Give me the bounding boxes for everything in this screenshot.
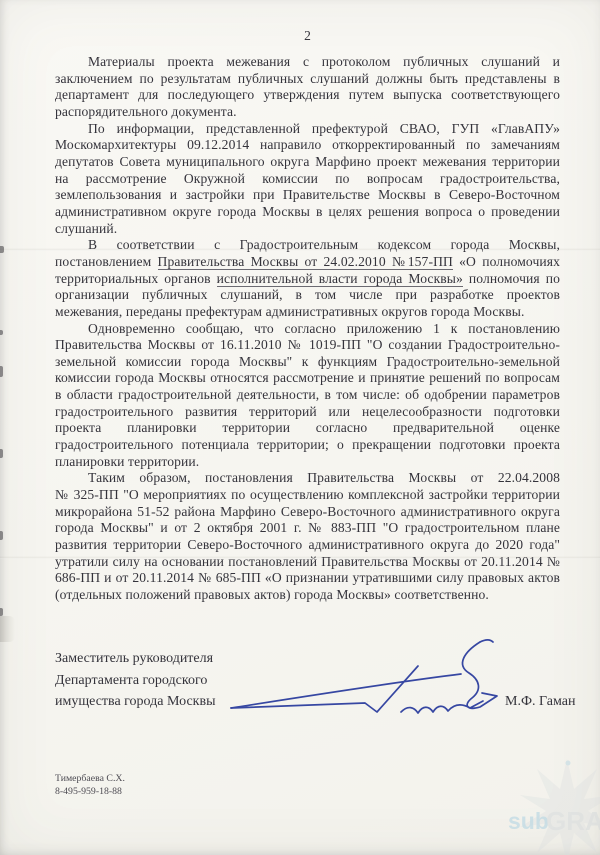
text-line: № 325-ПП "О мероприятиях по осуществлени… bbox=[55, 487, 560, 504]
scan-edge-mark bbox=[0, 246, 4, 253]
text-line: проекта планировки территории согласно п… bbox=[55, 420, 560, 437]
executor-name: Тимербаева С.Х. bbox=[55, 773, 125, 786]
text-line: слушаний. bbox=[55, 221, 560, 238]
executor-phone: 8-495-959-18-88 bbox=[55, 786, 125, 799]
text-line: заключением по результатам публичных слу… bbox=[55, 71, 560, 88]
text-line: микрорайона 51-52 района Марфино Северо-… bbox=[55, 504, 560, 521]
text-line: депутатов Совета муниципального округа М… bbox=[55, 154, 560, 171]
scan-edge-mark bbox=[0, 608, 3, 616]
text-line: в области градостроительной деятельности… bbox=[55, 387, 560, 404]
text-line: Правительства Москвы от 16.11.2010 № 101… bbox=[55, 337, 560, 354]
text-line: 686-ПП и от 20.11.2014 № 685-ПП «О призн… bbox=[55, 570, 560, 587]
watermark-text-part1: sub bbox=[508, 808, 549, 834]
text-line: В соответствии с Градостроительным кодек… bbox=[55, 237, 560, 254]
text-line: комиссии города Москвы относятся рассмот… bbox=[55, 370, 560, 387]
scan-edge-mark bbox=[0, 366, 3, 377]
watermark-text-part2: GRAB bbox=[546, 806, 600, 836]
text-line: землепользования и застройки при Правите… bbox=[55, 187, 560, 204]
text-line: постановлением Правительства Москвы от 2… bbox=[55, 254, 560, 271]
signatory-name: М.Ф. Гаман bbox=[505, 694, 575, 710]
text-line: департамент для последующего утверждения… bbox=[55, 87, 560, 104]
text-line: планировки территории. bbox=[55, 454, 560, 471]
watermark-logo: sub GRAB bbox=[494, 751, 600, 855]
text-line: По информации, представленной префектуро… bbox=[55, 121, 560, 138]
scan-edge-mark bbox=[0, 330, 3, 335]
text-line: межевания, переданы префектурам админист… bbox=[55, 304, 560, 321]
page-number: 2 bbox=[55, 28, 560, 44]
text-line: Одновременно сообщаю, что согласно прило… bbox=[55, 321, 560, 338]
text-line: территориальных органов исполнительной в… bbox=[55, 271, 560, 288]
text-line: распорядительного документа. bbox=[55, 104, 560, 121]
text-line: земельной комиссии города Москвы" к функ… bbox=[55, 354, 560, 371]
scan-edge-mark bbox=[0, 449, 3, 458]
text-line: Москомархитектуры 09.12.2014 направило о… bbox=[55, 137, 560, 154]
footer-contact: Тимербаева С.Х. 8-495-959-18-88 bbox=[55, 773, 125, 798]
text-line: градостроительного развития территорий и… bbox=[55, 404, 560, 421]
text-line: административном округе города Москвы в … bbox=[55, 204, 560, 221]
body-text: Материалы проекта межевания с протоколом… bbox=[55, 54, 560, 604]
text-line: развития территории Северо-Восточного ад… bbox=[55, 537, 560, 554]
text-line: градостроительного потенциала территории… bbox=[55, 437, 560, 454]
text-line: на рассмотрение Окружной комиссии по воп… bbox=[55, 171, 560, 188]
underlined-text: исполнительной власти города Москвы» bbox=[217, 271, 463, 287]
text-line: Материалы проекта межевания с протоколом… bbox=[55, 54, 560, 71]
text-line: города Москвы" и от 2 октября 2001 г. № … bbox=[55, 520, 560, 537]
signature-block: Заместитель руководителяДепартамента гор… bbox=[55, 648, 560, 758]
text-line: организации публичных слушаний, в том чи… bbox=[55, 287, 560, 304]
scanned-letter-page: 2 Материалы проекта межевания с протокол… bbox=[0, 0, 600, 855]
text-line: утратили силу на основании постановлений… bbox=[55, 554, 560, 571]
text-line: (отдельных положений правовых актов) гор… bbox=[55, 587, 560, 604]
fold-shadow bbox=[0, 616, 15, 642]
underlined-text: Правительства Москвы от 24.02.2010 №157-… bbox=[158, 254, 453, 270]
text-line: Таким образом, постановления Правительст… bbox=[55, 470, 560, 487]
handwritten-signature bbox=[225, 636, 525, 751]
scan-edge-mark bbox=[0, 531, 3, 540]
